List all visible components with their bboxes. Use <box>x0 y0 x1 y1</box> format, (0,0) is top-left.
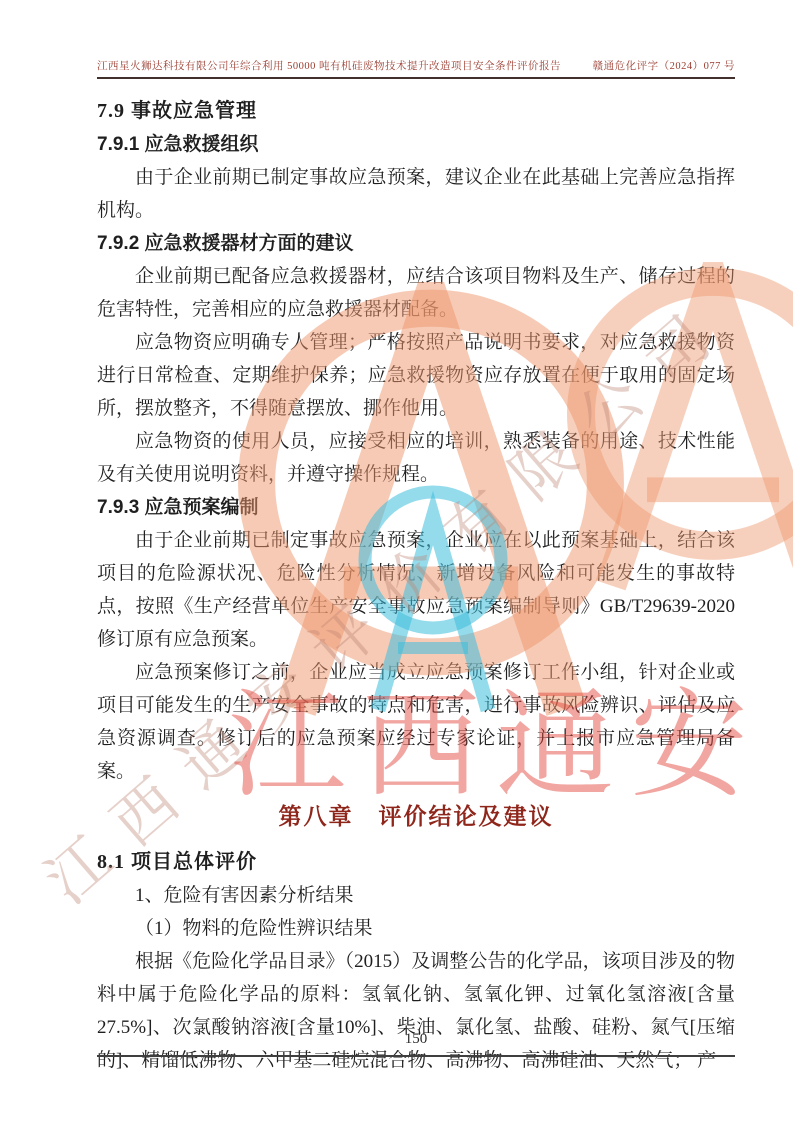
document-body: 7.9 事故应急管理 7.9.1 应急救援组织 由于企业前期已制定事故应急预案，… <box>97 95 735 1077</box>
page-header: 江西星火狮达科技有限公司年综合利用 50000 吨有机硅废物技术提升改造项目安全… <box>97 58 735 79</box>
document-page: 江西星火狮达科技有限公司年综合利用 50000 吨有机硅废物技术提升改造项目安全… <box>0 0 793 1122</box>
section-heading-7-9-1: 7.9.1 应急救援组织 <box>97 128 735 161</box>
header-report-title: 江西星火狮达科技有限公司年综合利用 50000 吨有机硅废物技术提升改造项目安全… <box>97 58 561 73</box>
section-heading-7-9-3: 7.9.3 应急预案编制 <box>97 491 735 524</box>
list-item: （1）物料的危险性辨识结果 <box>97 912 735 945</box>
paragraph: 企业前期已配备应急救援器材，应结合该项目物料及生产、储存过程的危害特性，完善相应… <box>97 260 735 326</box>
section-heading-7-9-2: 7.9.2 应急救援器材方面的建议 <box>97 227 735 260</box>
section-heading-8-1: 8.1 项目总体评价 <box>97 846 735 879</box>
paragraph: 由于企业前期已制定事故应急预案，企业应在以此预案基础上，结合该项目的危险源状况、… <box>97 524 735 656</box>
paragraph: 应急预案修订之前，企业应当成立应急预案修订工作小组，针对企业或项目可能发生的生产… <box>97 656 735 788</box>
paragraph: 应急物资应明确专人管理；严格按照产品说明书要求，对应急救援物资进行日常检查、定期… <box>97 326 735 425</box>
chapter-heading-8: 第八章 评价结论及建议 <box>97 794 735 838</box>
page-number: 150 <box>97 1031 735 1048</box>
paragraph: 应急物资的使用人员，应接受相应的培训，熟悉装备的用途、技术性能及有关使用说明资料… <box>97 425 735 491</box>
paragraph: 根据《危险化学品目录》（2015）及调整公告的化学品，该项目涉及的物料中属于危险… <box>97 945 735 1077</box>
section-heading-7-9: 7.9 事故应急管理 <box>97 95 735 128</box>
paragraph: 由于企业前期已制定事故应急预案，建议企业在此基础上完善应急指挥机构。 <box>97 161 735 227</box>
footer-divider <box>97 1055 735 1057</box>
list-item: 1、危险有害因素分析结果 <box>97 879 735 912</box>
header-document-number: 赣通危化评字（2024）077 号 <box>579 58 735 73</box>
